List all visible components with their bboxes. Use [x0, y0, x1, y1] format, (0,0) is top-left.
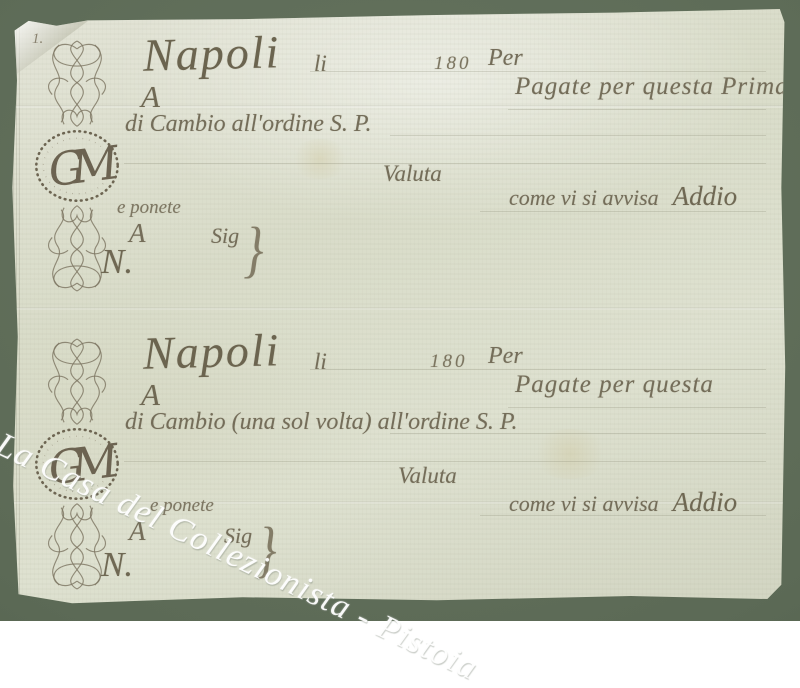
ruled-line: [390, 135, 766, 136]
number-label: N.: [101, 545, 133, 585]
cambio-order-line: di Cambio all'ordine S. P.: [125, 111, 371, 138]
ruled-line: [310, 71, 766, 72]
date-article: li: [314, 349, 327, 375]
pay-order-line: Pagate per questa Prima: [515, 73, 789, 101]
brace-glyph: }: [243, 215, 263, 286]
valuta-label: Valuta: [398, 463, 457, 489]
ruled-line: [508, 407, 766, 408]
year-prefix: 180: [430, 351, 468, 373]
ruled-line: [310, 369, 766, 370]
city-label: Napoli: [142, 25, 281, 82]
number-label: N.: [101, 242, 133, 282]
per-label: Per: [488, 343, 523, 370]
bill-form-second: GM Napoli li 180 Per A Pagate per questa…: [10, 319, 786, 611]
avviso-text: come vi si avvisa: [509, 185, 659, 210]
addio-label: Addio: [673, 181, 738, 211]
bill-form-first: GM Napoli li 180 Per A Pagate per questa…: [10, 21, 786, 313]
ruled-line: [508, 109, 766, 110]
cambio-order-line: di Cambio (una sol volta) all'ordine S. …: [125, 409, 517, 436]
addressee-label: A: [141, 79, 160, 115]
avviso-line: come vi si avvisaAddio: [509, 181, 737, 212]
avviso-text: come vi si avvisa: [509, 491, 659, 516]
avviso-line: come vi si avvisaAddio: [509, 487, 737, 518]
year-prefix: 180: [434, 53, 472, 75]
valuta-label: Valuta: [383, 161, 442, 187]
pay-order-line: Pagate per questa: [515, 371, 714, 399]
ruled-line: [124, 461, 766, 462]
sig-label: Sig: [211, 223, 239, 249]
e-ponete-label: e ponete: [117, 197, 181, 219]
ruled-line: [124, 163, 766, 164]
per-label: Per: [488, 45, 523, 72]
green-mat-background: 1. GM: [0, 0, 800, 621]
date-article: li: [314, 51, 327, 77]
addio-label: Addio: [673, 487, 738, 517]
addressee-label: A: [141, 377, 160, 413]
city-label: Napoli: [142, 323, 281, 380]
